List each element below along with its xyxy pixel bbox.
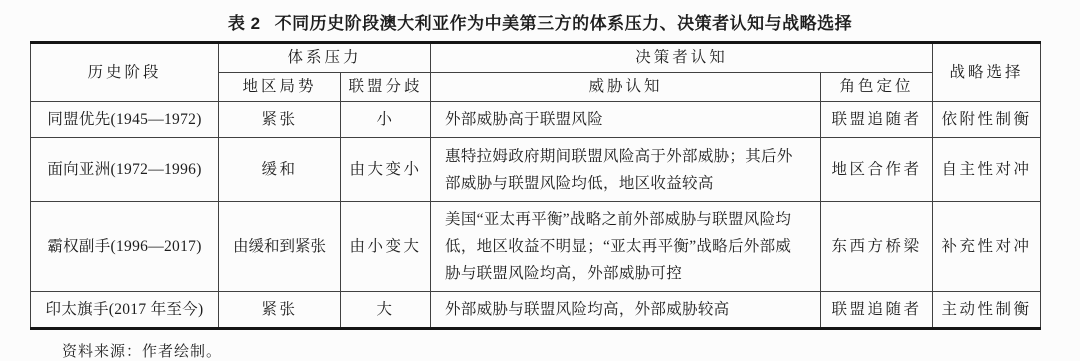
- table-caption-title: 不同历史阶段澳大利亚作为中美第三方的体系压力、决策者认知与战略选择: [275, 14, 853, 33]
- alliance-divergence-cell: 小: [341, 102, 431, 138]
- col-header-decision-maker-cognition: 决策者认知: [431, 43, 933, 73]
- threat-perception-cell: 惠特拉姆政府期间联盟风险高于外部威胁；其后外部威胁与联盟风险均低，地区收益较高: [431, 138, 821, 202]
- alliance-divergence-cell: 由小变大: [341, 202, 431, 292]
- col-header-system-pressure: 体系压力: [219, 43, 431, 73]
- strategy-choice-cell: 主动性制衡: [933, 292, 1041, 329]
- col-header-regional-situation: 地区局势: [219, 73, 341, 102]
- table-row: 面向亚洲(1972—1996) 缓和 由大变小 惠特拉姆政府期间联盟风险高于外部…: [31, 138, 1041, 202]
- table-row: 印太旗手(2017 年至今) 紧张 大 外部威胁与联盟风险均高，外部威胁较高 联…: [31, 292, 1041, 329]
- role-positioning-cell: 东西方桥梁: [821, 202, 933, 292]
- col-header-strategy-choice: 战略选择: [933, 43, 1041, 102]
- regional-situation-cell: 缓和: [219, 138, 341, 202]
- regional-situation-cell: 由缓和到紧张: [219, 202, 341, 292]
- threat-perception-cell: 美国“亚太再平衡”战略之前外部威胁与联盟风险均低，地区收益不明显；“亚太再平衡”…: [431, 202, 821, 292]
- header-row-groups: 历史阶段 体系压力 决策者认知 战略选择: [31, 43, 1041, 73]
- col-header-alliance-divergence: 联盟分歧: [341, 73, 431, 102]
- strategy-choice-cell: 自主性对冲: [933, 138, 1041, 202]
- threat-perception-cell: 外部威胁与联盟风险均高，外部威胁较高: [431, 292, 821, 329]
- role-positioning-cell: 联盟追随者: [821, 292, 933, 329]
- table-row: 霸权副手(1996—2017) 由缓和到紧张 由小变大 美国“亚太再平衡”战略之…: [31, 202, 1041, 292]
- regional-situation-cell: 紧张: [219, 292, 341, 329]
- source-note: 资料来源：作者绘制。: [62, 340, 1080, 361]
- alliance-divergence-cell: 由大变小: [341, 138, 431, 202]
- table-row: 同盟优先(1945—1972) 紧张 小 外部威胁高于联盟风险 联盟追随者 依附…: [31, 102, 1041, 138]
- table-caption: 表 2不同历史阶段澳大利亚作为中美第三方的体系压力、决策者认知与战略选择: [0, 0, 1080, 32]
- regional-situation-cell: 紧张: [219, 102, 341, 138]
- period-cell: 面向亚洲(1972—1996): [31, 138, 219, 202]
- comparison-table: 历史阶段 体系压力 决策者认知 战略选择 地区局势 联盟分歧 威胁认知 角色定位…: [30, 41, 1041, 330]
- col-header-role-positioning: 角色定位: [821, 73, 933, 102]
- period-cell: 霸权副手(1996—2017): [31, 202, 219, 292]
- threat-perception-cell: 外部威胁高于联盟风险: [431, 102, 821, 138]
- period-cell: 同盟优先(1945—1972): [31, 102, 219, 138]
- alliance-divergence-cell: 大: [341, 292, 431, 329]
- col-header-threat-perception: 威胁认知: [431, 73, 821, 102]
- role-positioning-cell: 联盟追随者: [821, 102, 933, 138]
- strategy-choice-cell: 补充性对冲: [933, 202, 1041, 292]
- col-header-period: 历史阶段: [31, 43, 219, 102]
- table-caption-number: 表 2: [228, 14, 261, 33]
- role-positioning-cell: 地区合作者: [821, 138, 933, 202]
- period-cell: 印太旗手(2017 年至今): [31, 292, 219, 329]
- strategy-choice-cell: 依附性制衡: [933, 102, 1041, 138]
